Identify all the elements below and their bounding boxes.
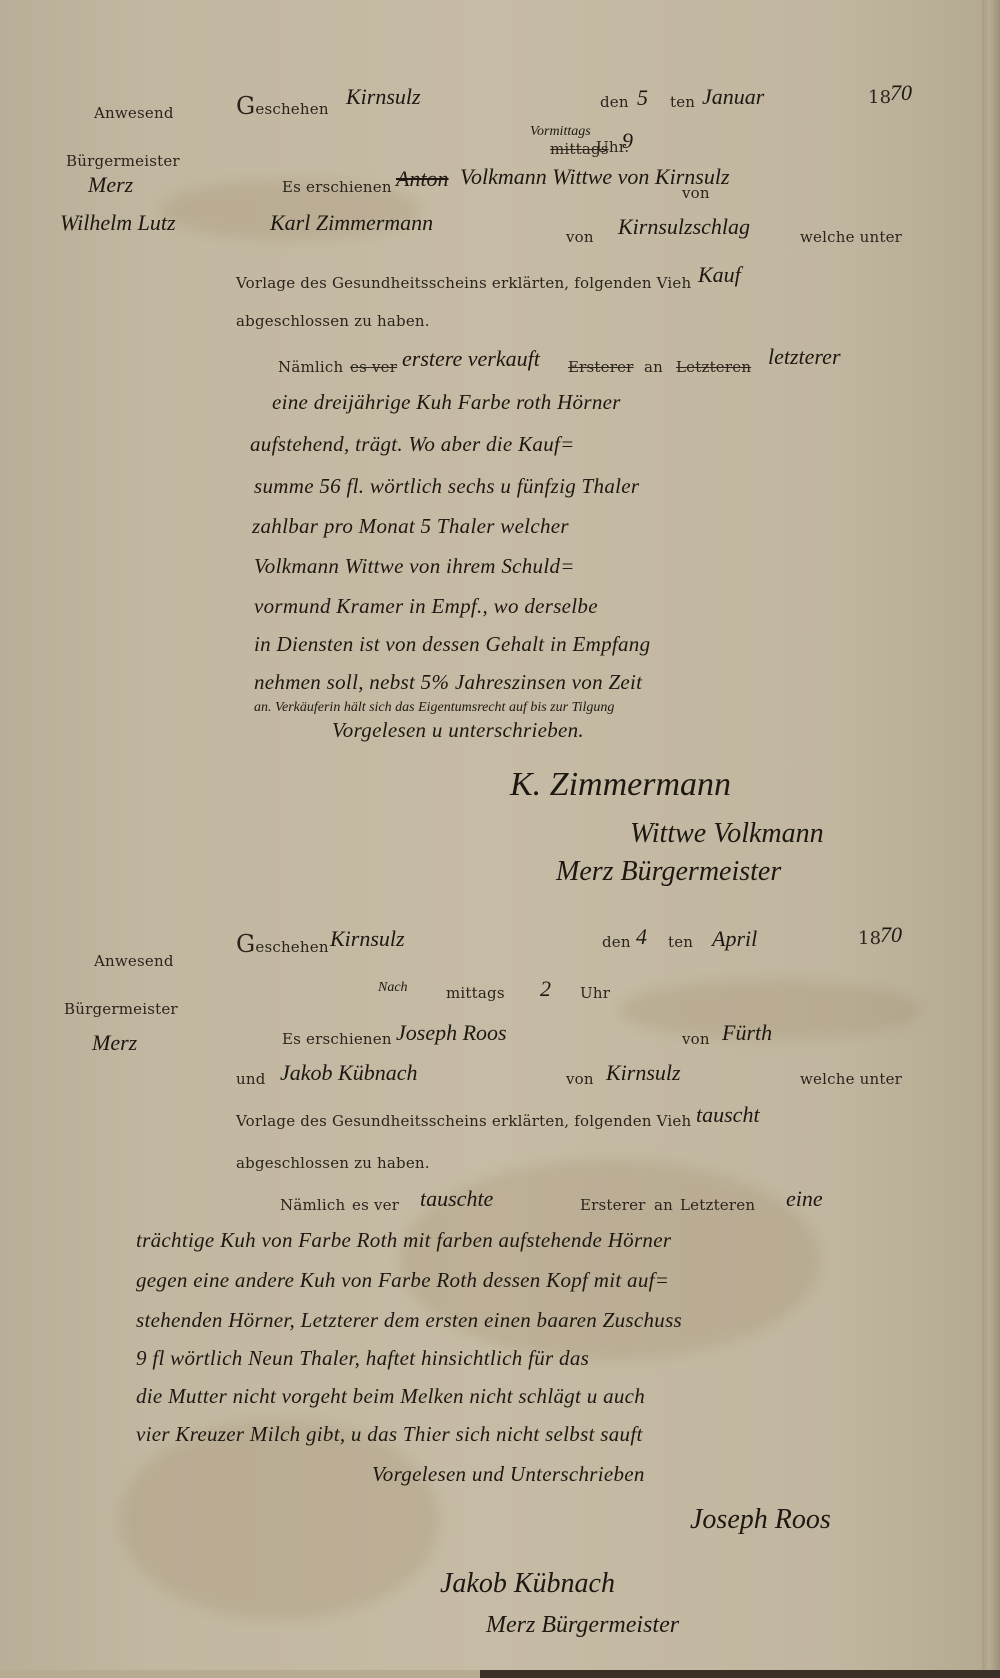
- party1-from: Fürth: [722, 1020, 772, 1046]
- time-prefix: Vormittags: [530, 124, 591, 140]
- year-hand: 70: [890, 80, 912, 106]
- label-und: und: [236, 1070, 266, 1088]
- signature: Merz Bürgermeister: [556, 856, 781, 888]
- page-edge: [982, 0, 1000, 1678]
- body-line: 9 fl wörtlich Neun Thaler, haftet hinsic…: [136, 1346, 589, 1371]
- day: 5: [637, 85, 648, 111]
- label-vorlage: Vorlage des Gesundheitsscheins erklärten…: [236, 1112, 691, 1130]
- body-line: Volkmann Wittwe von ihrem Schuld=: [254, 554, 575, 579]
- label-von-1: von: [682, 1030, 710, 1048]
- label-buergermeister: Bürgermeister: [64, 1000, 178, 1018]
- year-hand: 70: [880, 922, 902, 948]
- ersterer-struck: Ersterer: [568, 358, 634, 376]
- party1: Joseph Roos: [396, 1020, 507, 1046]
- label-den: den: [600, 93, 629, 111]
- signature: Wittwe Volkmann: [630, 818, 824, 850]
- book-spine-shadow: [480, 1670, 1000, 1678]
- label-von-1: von: [682, 184, 710, 202]
- body-line: gegen eine andere Kuh von Farbe Roth des…: [136, 1268, 669, 1293]
- label-mittags: mittags: [446, 984, 505, 1002]
- signature: Merz Bürgermeister: [486, 1612, 679, 1639]
- label-ten: ten: [668, 933, 693, 951]
- time-prefix: Nach: [378, 980, 408, 996]
- hour: 2: [540, 976, 551, 1002]
- letzteren-struck: Letzteren: [676, 358, 751, 376]
- party1-struck: Anton: [396, 166, 449, 192]
- closing: Vorgelesen und Unterschrieben: [372, 1462, 645, 1487]
- naemlich-tail: eine: [786, 1186, 823, 1212]
- body-line: zahlbar pro Monat 5 Thaler welcher: [252, 514, 569, 539]
- place: Kirnsulz: [346, 84, 421, 110]
- label-abgeschlossen: abgeschlossen zu haben.: [236, 1154, 430, 1172]
- body-line: summe 56 fl. wörtlich sechs u fünfzig Th…: [254, 474, 639, 499]
- label-naemlich: Nämlich: [278, 358, 343, 376]
- label-ersterer: Ersterer: [580, 1196, 646, 1214]
- label-geschehen: Geschehen: [236, 930, 329, 958]
- body-line: in Diensten ist von dessen Gehalt in Emp…: [254, 632, 650, 657]
- naemlich-struck: es ver: [350, 358, 397, 376]
- body-line: vier Kreuzer Milch gibt, u das Thier sic…: [136, 1422, 643, 1447]
- label-welche-unter: welche unter: [800, 1070, 902, 1088]
- naemlich-hand: erstere verkauft: [402, 346, 540, 372]
- label-es-erschienen: Es erschienen: [282, 1030, 392, 1048]
- month: Januar: [702, 84, 764, 110]
- label-naemlich: Nämlich: [280, 1196, 345, 1214]
- label-von-2: von: [566, 1070, 594, 1088]
- body-line: vormund Kramer in Empf., wo derselbe: [254, 594, 598, 619]
- signature: Jakob Kübnach: [440, 1568, 615, 1600]
- label-buergermeister: Bürgermeister: [66, 152, 180, 170]
- party2-from: Kirnsulz: [606, 1060, 681, 1086]
- day: 4: [636, 924, 647, 950]
- label-es-ver: es ver: [352, 1196, 399, 1214]
- label-uhr: Uhr.: [596, 138, 629, 156]
- mayor-present-name: Merz: [92, 1030, 137, 1056]
- body-line: nehmen soll, nebst 5% Jahreszinsen von Z…: [254, 670, 642, 695]
- trade-type: Kauf: [698, 262, 741, 288]
- label-abgeschlossen: abgeschlossen zu haben.: [236, 312, 430, 330]
- label-geschehen: Geschehen: [236, 92, 329, 120]
- label-anwesend: Anwesend: [94, 104, 174, 122]
- mayor-present-name: Merz: [88, 172, 133, 198]
- closing: Vorgelesen u unterschrieben.: [332, 718, 584, 743]
- place: Kirnsulz: [330, 926, 405, 952]
- year-print: 18: [858, 928, 881, 949]
- signature: Joseph Roos: [690, 1504, 831, 1536]
- body-line: die Mutter nicht vorgeht beim Melken nic…: [136, 1384, 645, 1409]
- label-anwesend: Anwesend: [94, 952, 174, 970]
- party2: Karl Zimmermann: [270, 210, 433, 236]
- signature: K. Zimmermann: [510, 766, 731, 804]
- label-uhr: Uhr: [580, 984, 610, 1002]
- label-vorlage: Vorlage des Gesundheitsscheins erklärten…: [236, 274, 691, 292]
- label-letzteren: Letzteren: [680, 1196, 755, 1214]
- body-line: aufstehend, trägt. Wo aber die Kauf=: [250, 432, 575, 457]
- naemlich-hand: tauschte: [420, 1186, 493, 1212]
- margin-note: Wilhelm Lutz: [60, 210, 176, 236]
- label-an: an: [644, 358, 663, 376]
- document-page: Anwesend Bürgermeister Merz Wilhelm Lutz…: [0, 0, 982, 1670]
- small-line: an. Verkäuferin hält sich das Eigentumsr…: [254, 700, 614, 716]
- party2-from: Kirnsulzschlag: [618, 214, 750, 240]
- label-den: den: [602, 933, 631, 951]
- label-welche-unter: welche unter: [800, 228, 902, 246]
- body-line: stehenden Hörner, Letzterer dem ersten e…: [136, 1308, 682, 1333]
- label-es-erschienen: Es erschienen: [282, 178, 392, 196]
- body-line: eine dreijährige Kuh Farbe roth Hörner: [272, 390, 621, 415]
- body-line: trächtige Kuh von Farbe Roth mit farben …: [136, 1228, 671, 1253]
- trade-type: tauscht: [696, 1102, 760, 1128]
- label-ten: ten: [670, 93, 695, 111]
- label-an: an: [654, 1196, 673, 1214]
- naemlich-tail: letzterer: [768, 344, 841, 370]
- month: April: [712, 926, 757, 952]
- label-von-2: von: [566, 228, 594, 246]
- party2: Jakob Kübnach: [280, 1060, 417, 1086]
- year-print: 18: [868, 87, 891, 108]
